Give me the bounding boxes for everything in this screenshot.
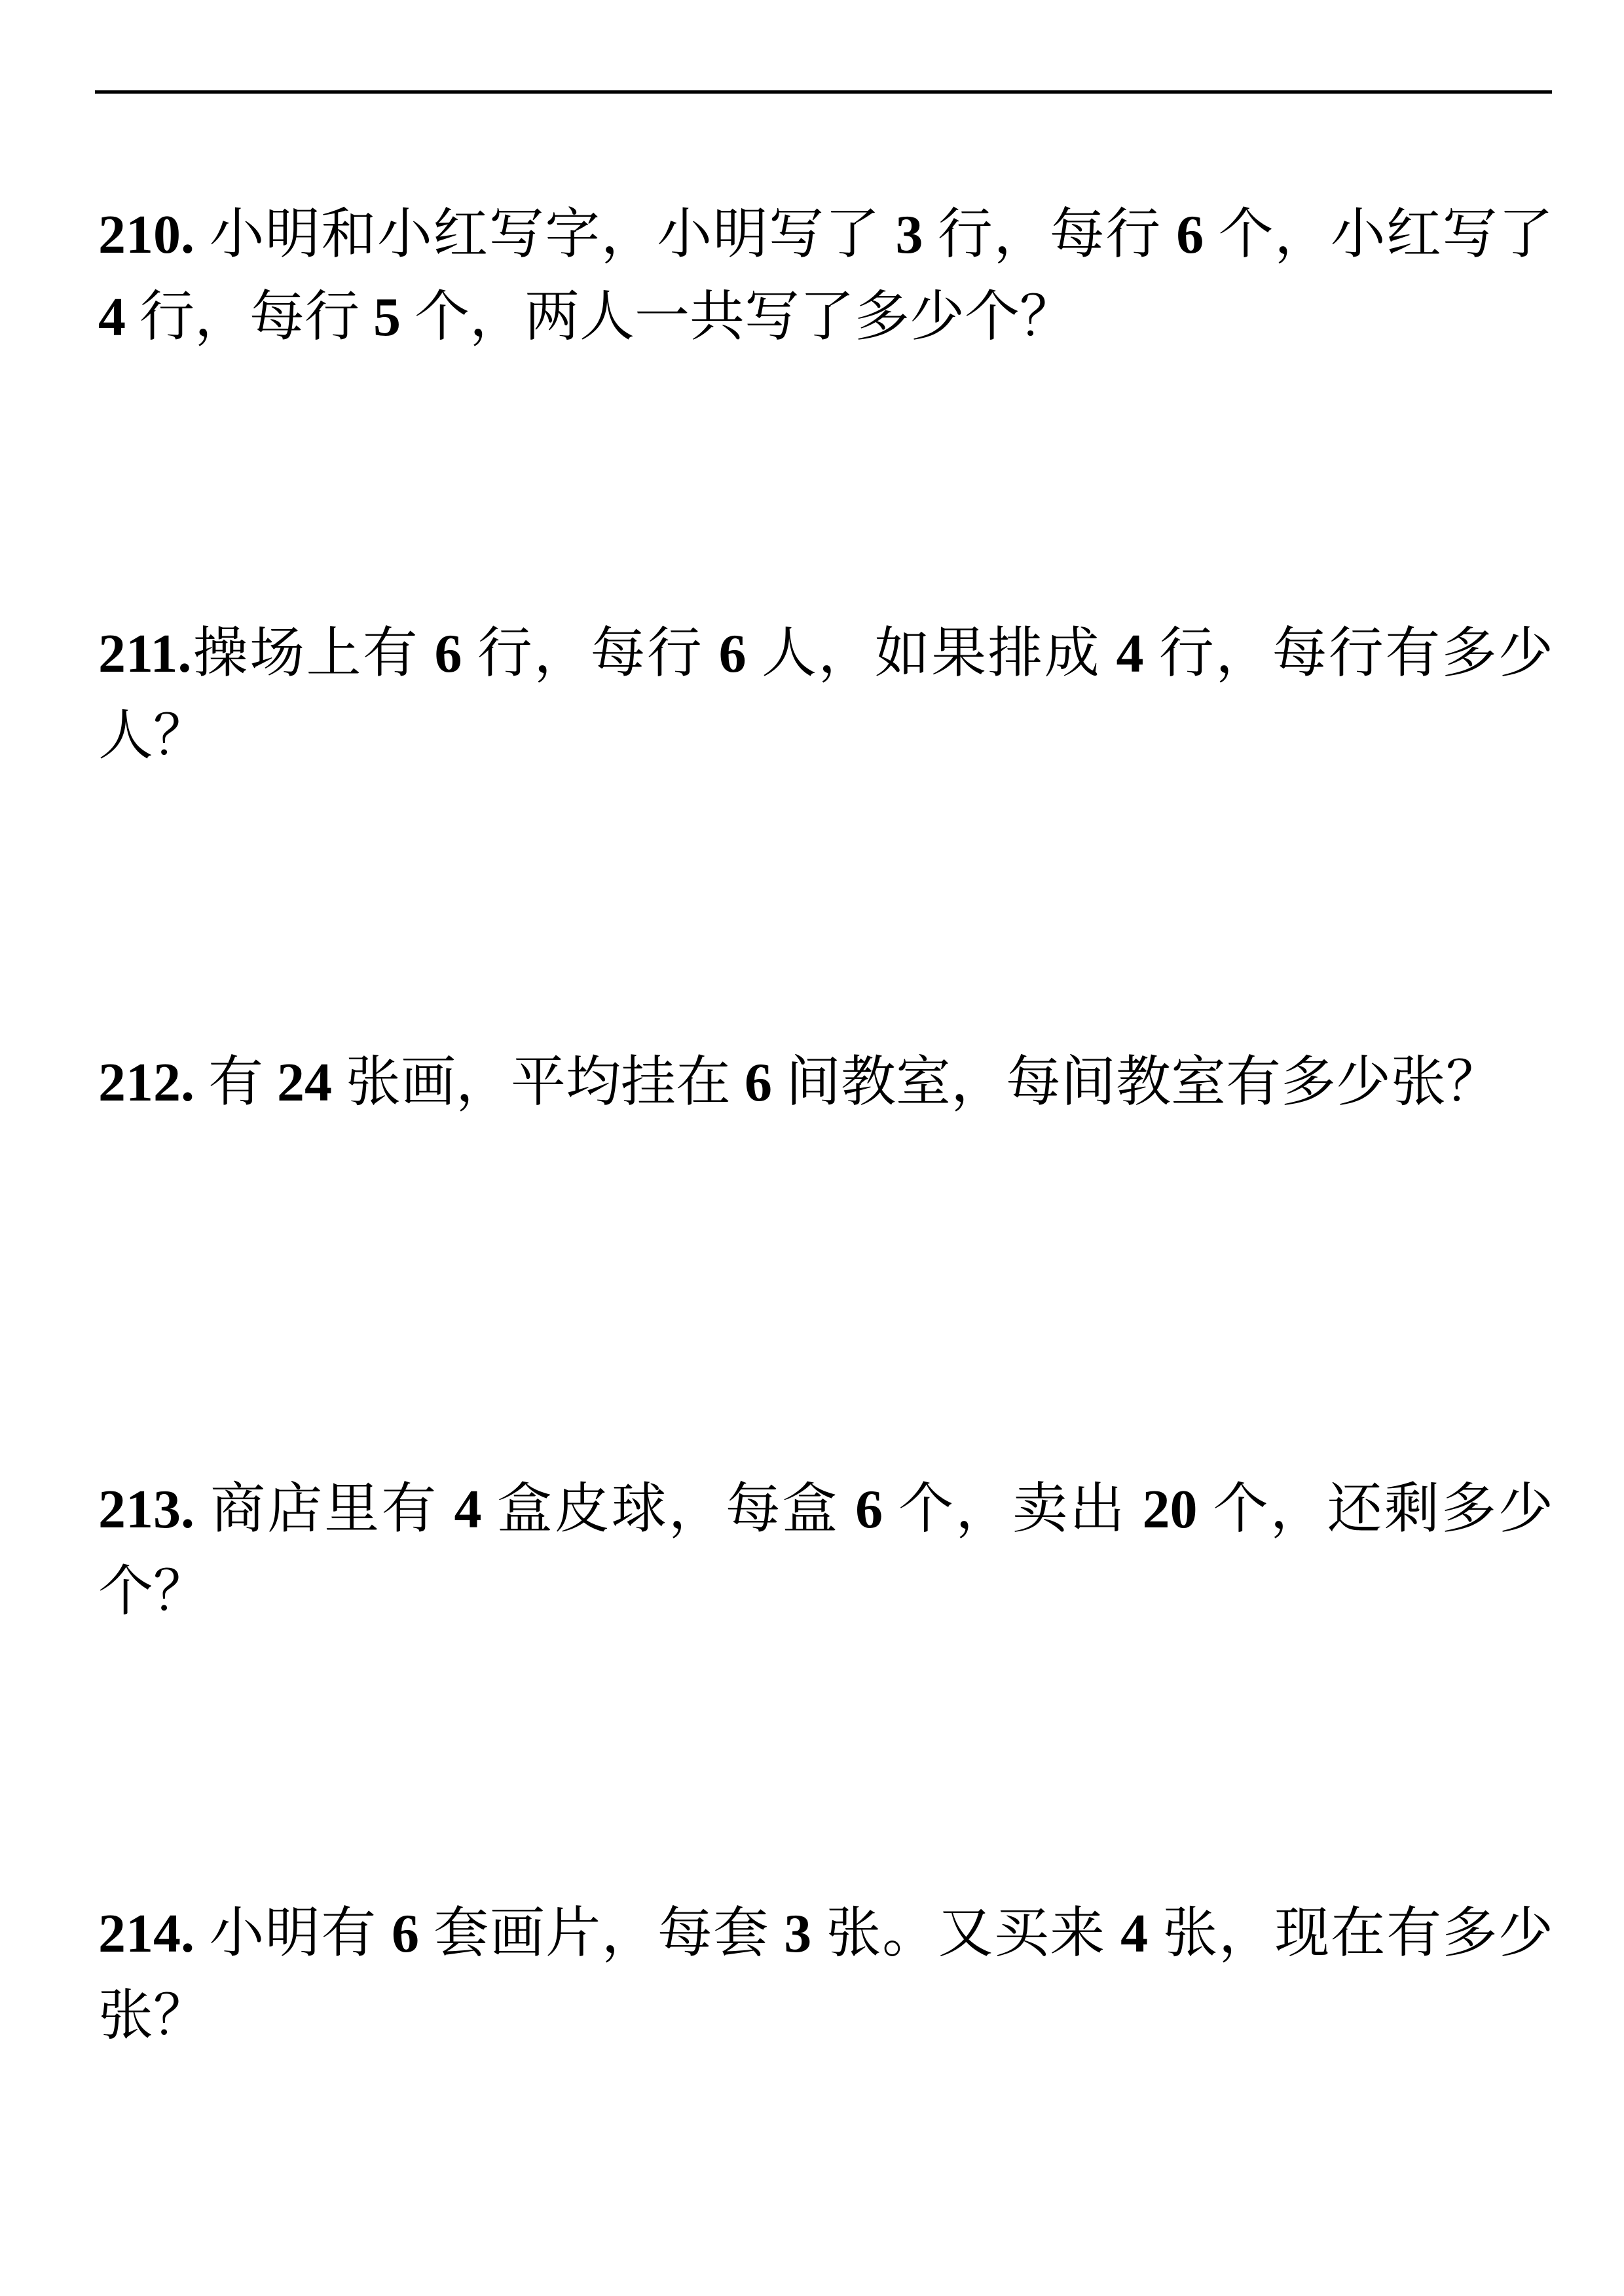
worksheet-page: 210. 小明和小红写字，小明写了 3 行，每行 6 个，小红写了 4 行，每行…: [0, 0, 1624, 2296]
problem-213: 213. 商店里有 4 盒皮球，每盒 6 个，卖出 20 个，还剩多少个？: [98, 1468, 1553, 1633]
header-rule-divider: [95, 90, 1552, 94]
problem-211: 211.操场上有 6 行，每行 6 人，如果排成 4 行，每行有多少人？: [98, 613, 1553, 778]
problem-214: 214. 小明有 6 套画片，每套 3 张。又买来 4 张，现在有多少张？: [98, 1893, 1553, 2058]
problem-212: 212. 有 24 张画，平均挂在 6 间教室，每间教室有多少张？: [98, 1042, 1553, 1124]
problem-210: 210. 小明和小红写字，小明写了 3 行，每行 6 个，小红写了 4 行，每行…: [98, 194, 1553, 359]
